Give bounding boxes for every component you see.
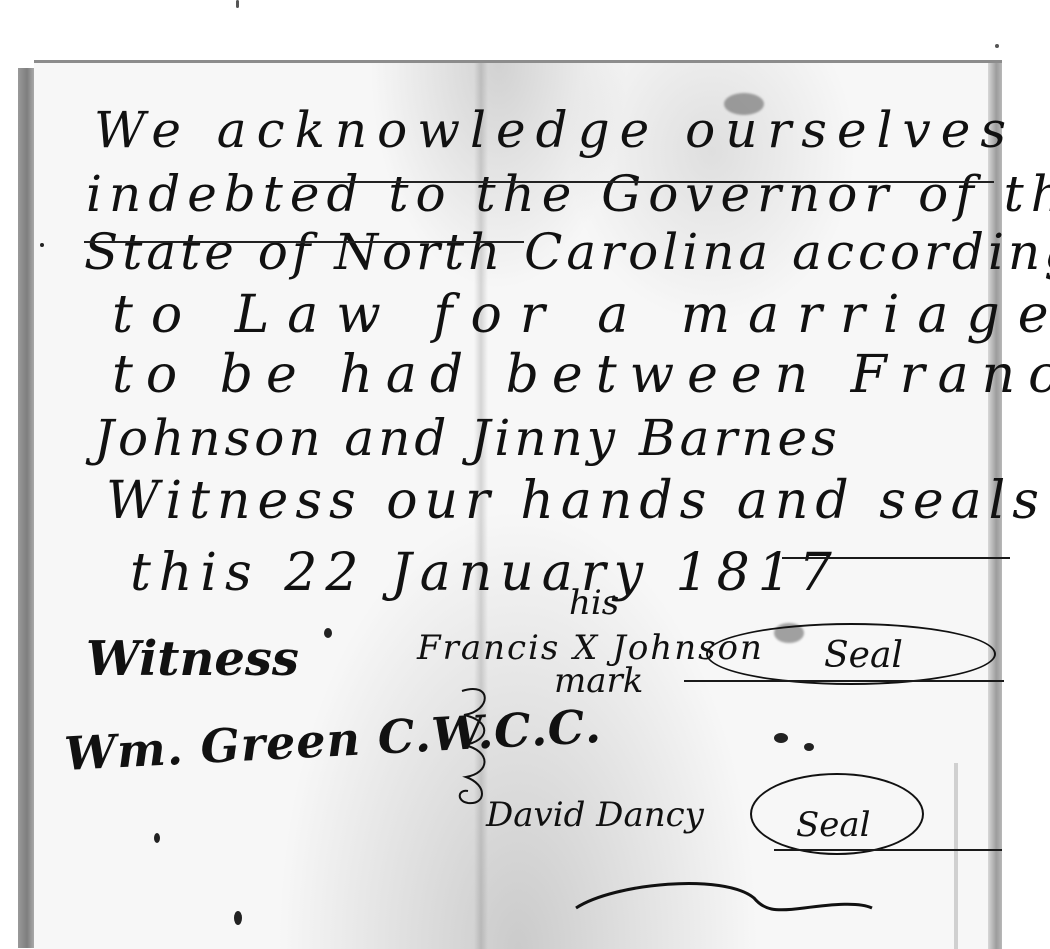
ink-speck bbox=[774, 733, 788, 743]
body-line-7: Witness our hands and seals bbox=[106, 471, 1046, 531]
witness-label: Witness bbox=[86, 631, 299, 687]
seal-label: Seal bbox=[824, 635, 903, 676]
his-label: his bbox=[569, 583, 619, 623]
signature-rule bbox=[684, 680, 1004, 682]
ink-speck bbox=[804, 743, 814, 751]
body-line-2: indebted to the Governor of the bbox=[86, 165, 1050, 223]
surety-rule bbox=[774, 849, 1002, 851]
ruled-line bbox=[294, 181, 994, 183]
body-line-6: Johnson and Jinny Barnes bbox=[94, 409, 841, 467]
surety-signature: David Dancy bbox=[486, 795, 704, 835]
body-line-4: to Law for a marriage bbox=[112, 285, 1050, 345]
stray-mark bbox=[995, 44, 999, 48]
date-rule bbox=[782, 557, 1010, 559]
ink-speck bbox=[40, 243, 44, 247]
mark-label: mark bbox=[554, 661, 643, 701]
ruled-line bbox=[84, 241, 524, 243]
body-line-5: to be had between Francis bbox=[112, 345, 1050, 405]
stray-mark bbox=[236, 0, 239, 8]
body-line-3: State of North Carolina according bbox=[84, 223, 1050, 281]
witness-signature: Wm. Green C.W.C.C. bbox=[63, 699, 603, 781]
swash-flourish-icon bbox=[574, 878, 874, 918]
body-line-8-date: this 22 January 1817 bbox=[130, 543, 840, 603]
ink-speck bbox=[234, 911, 242, 925]
paper-fold-lower bbox=[954, 763, 958, 949]
seal-label-2: Seal bbox=[796, 805, 871, 845]
manuscript-page: We acknowledge ourselves indebted to the… bbox=[34, 60, 1002, 949]
ink-speck bbox=[324, 628, 332, 638]
flourish-icon bbox=[452, 681, 492, 811]
ink-speck bbox=[154, 833, 160, 843]
body-line-1: We acknowledge ourselves bbox=[94, 101, 1016, 159]
